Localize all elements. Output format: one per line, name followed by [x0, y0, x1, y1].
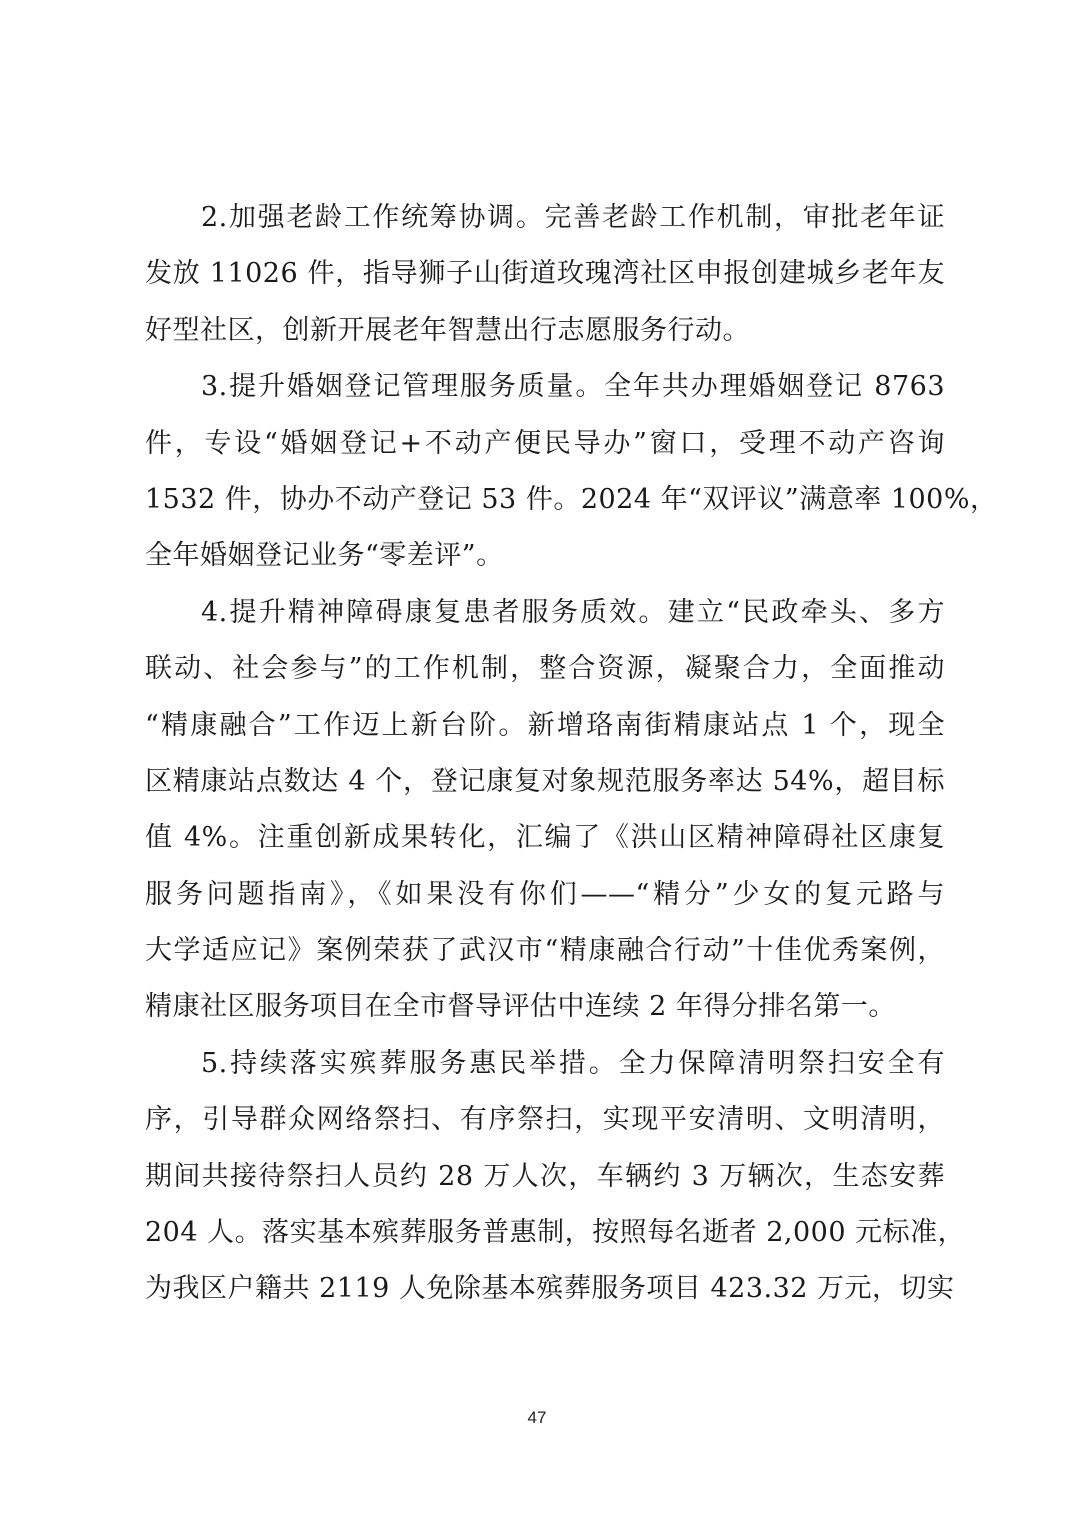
paragraph-3-line-1: 3.提升婚姻登记管理服务质量。全年共办理婚姻登记 8763	[145, 359, 945, 415]
page-number: 47	[0, 1408, 1074, 1428]
paragraph-4-line-5: 值 4%。注重创新成果转化，汇编了《洪山区精神障碍社区康复	[145, 810, 945, 866]
paragraph-2-line-1: 2.加强老龄工作统筹协调。完善老龄工作机制，审批老年证	[145, 190, 945, 246]
paragraph-3-line-4: 全年婚姻登记业务“零差评”。	[145, 528, 945, 584]
paragraph-4-line-3: “精康融合”工作迈上新台阶。新增珞南街精康站点 1 个，现全	[145, 698, 945, 754]
paragraph-3-line-2: 件，专设“婚姻登记+不动产便民导办”窗口，受理不动产咨询	[145, 416, 945, 472]
document-page: 2.加强老龄工作统筹协调。完善老龄工作机制，审批老年证 发放 11026 件，指…	[0, 0, 1074, 1520]
paragraph-2-line-3: 好型社区，创新开展老年智慧出行志愿服务行动。	[145, 303, 945, 359]
paragraph-5-line-3: 期间共接待祭扫人员约 28 万人次，车辆约 3 万辆次，生态安葬	[145, 1149, 945, 1205]
paragraph-3-line-3: 1532 件，协办不动产登记 53 件。2024 年“双评议”满意率 100%，	[145, 472, 945, 528]
paragraph-5-line-5: 为我区户籍共 2119 人免除基本殡葬服务项目 423.32 万元，切实	[145, 1261, 945, 1317]
paragraph-2-line-2: 发放 11026 件，指导狮子山街道玫瑰湾社区申报创建城乡老年友	[145, 246, 945, 302]
paragraph-5-line-1: 5.持续落实殡葬服务惠民举措。全力保障清明祭扫安全有	[145, 1036, 945, 1092]
paragraph-4-line-2: 联动、社会参与”的工作机制，整合资源，凝聚合力，全面推动	[145, 641, 945, 697]
paragraph-4-line-4: 区精康站点数达 4 个，登记康复对象规范服务率达 54%，超目标	[145, 754, 945, 810]
paragraph-4-line-1: 4.提升精神障碍康复患者服务质效。建立“民政牵头、多方	[145, 585, 945, 641]
body-text: 2.加强老龄工作统筹协调。完善老龄工作机制，审批老年证 发放 11026 件，指…	[145, 190, 945, 1318]
paragraph-4-line-6: 服务问题指南》，《如果没有你们——“精分”少女的复元路与	[145, 867, 945, 923]
paragraph-4-line-7: 大学适应记》案例荣获了武汉市“精康融合行动”十佳优秀案例，	[145, 923, 945, 979]
paragraph-5-line-2: 序，引导群众网络祭扫、有序祭扫，实现平安清明、文明清明，	[145, 1092, 945, 1148]
paragraph-4-line-8: 精康社区服务项目在全市督导评估中连续 2 年得分排名第一。	[145, 979, 945, 1035]
paragraph-5-line-4: 204 人。落实基本殡葬服务普惠制，按照每名逝者 2,000 元标准，	[145, 1205, 945, 1261]
